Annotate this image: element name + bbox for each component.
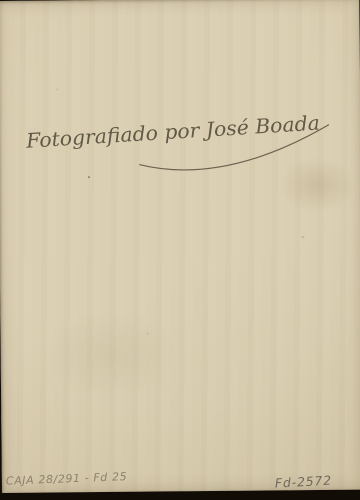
- inscription-text: Fotografiado por José Boada: [24, 111, 320, 153]
- foxing-speck: [146, 333, 148, 335]
- catalog-mark-bottom-right: Fd-2572: [274, 473, 332, 491]
- foxing-speck: [56, 88, 58, 90]
- foxing-speck: [301, 236, 304, 238]
- photo-card-verso: Fotografiado por José Boada CAJA 28/291 …: [0, 0, 360, 493]
- handwritten-inscription: Fotografiado por José Boada: [0, 102, 359, 197]
- scanner-backdrop: Fotografiado por José Boada CAJA 28/291 …: [0, 0, 360, 500]
- catalog-mark-bottom-left: CAJA 28/291 - Fd 25: [5, 470, 127, 488]
